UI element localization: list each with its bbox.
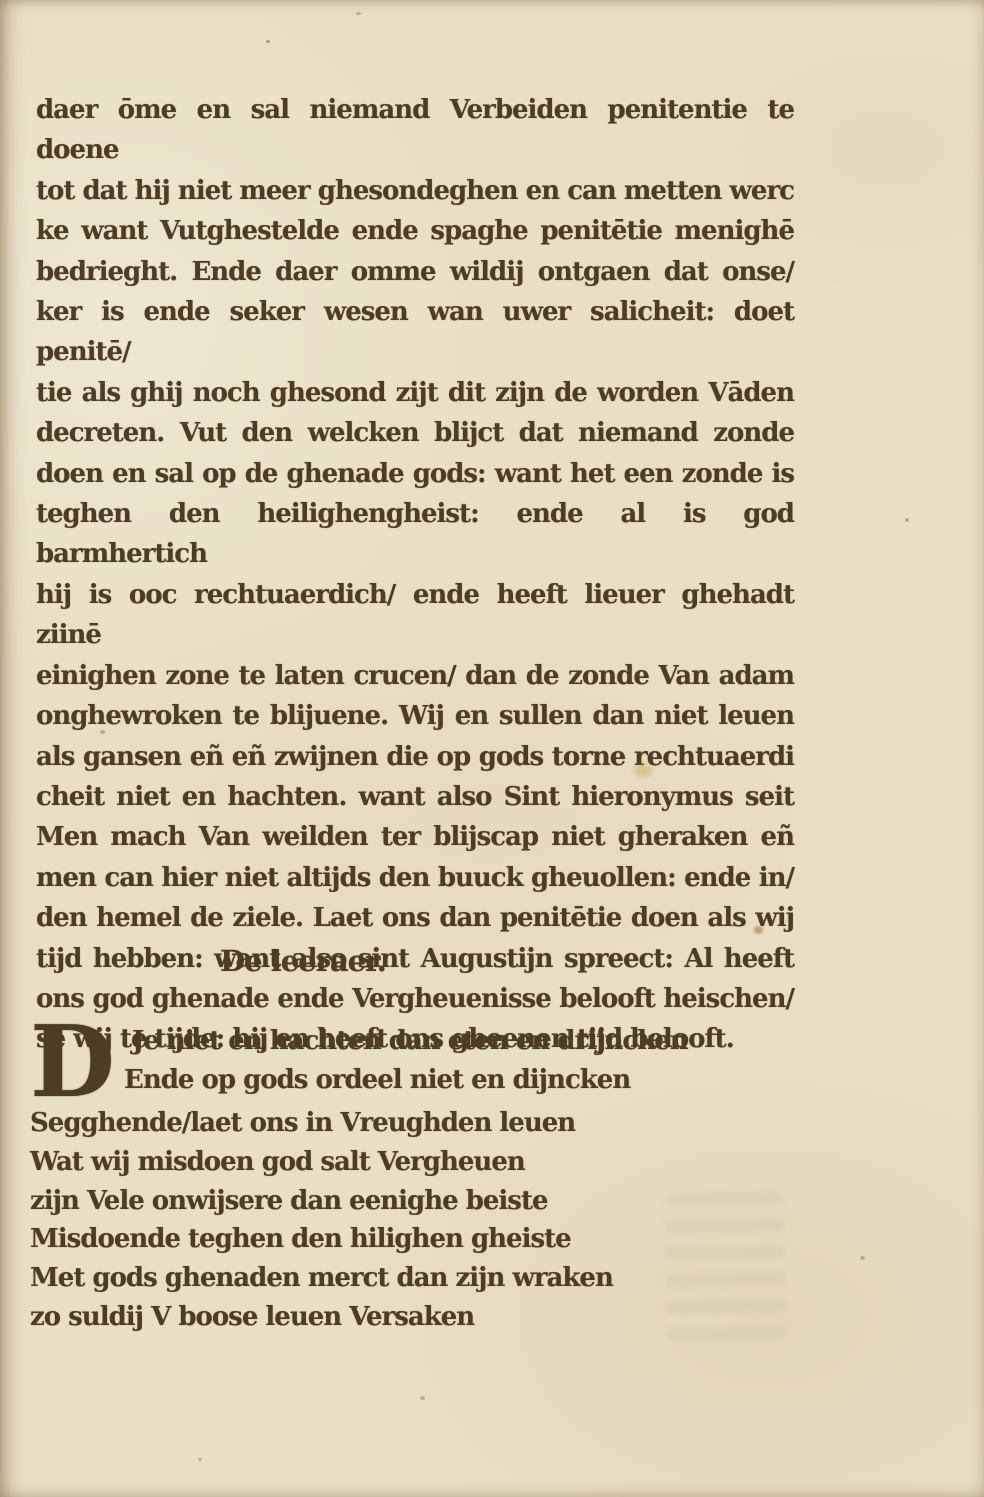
paper-speck [905,518,909,522]
prose-line: daer ōme en sal niemand Verbeiden penite… [36,90,794,171]
prose-line: onghewroken te blijuene. Wij en sullen d… [36,696,794,736]
page: daer ōme en sal niemand Verbeiden penite… [0,0,984,1497]
prose-block: daer ōme en sal niemand Verbeiden penite… [36,90,794,1060]
verse-line: zijn Vele onwijsere dan eenighe beiste [30,1182,750,1221]
paper-speck [356,12,361,15]
verse-line: Met gods ghenaden merct dan zijn wraken [30,1259,750,1298]
verse-line: Wat wij misdoen god salt Vergheuen [30,1143,750,1182]
prose-line: einighen zone te laten crucen/ dan de zo… [36,656,794,696]
paper-speck [420,1396,425,1400]
prose-line: tie als ghij noch ghesond zijt dit zijn … [36,373,794,413]
prose-line: als gansen eñ eñ zwijnen die op gods tor… [36,737,794,777]
verse-block: D Je niet en hachten dan eten en drijnck… [30,1022,750,1337]
prose-line: ons god ghenade ende Vergheuenisse beloo… [36,979,794,1019]
prose-line: hij is ooc rechtuaerdich/ ende heeft lie… [36,575,794,656]
verse-opening: D Je niet en hachten dan eten en drijnck… [30,1022,750,1104]
prose-line: tot dat hij niet meer ghesondeghen en ca… [36,171,794,211]
paper-speck [198,1458,202,1461]
verse-line: zo suldij V boose leuen Versaken [30,1298,750,1337]
prose-line: Men mach Van weilden ter blijscap niet g… [36,817,794,857]
verse-line: Misdoende teghen den hilighen gheiste [30,1220,750,1259]
prose-line: doen en sal op de ghenade gods: want het… [36,454,794,494]
prose-line: ke want Vutghestelde ende spaghe penitēt… [36,211,794,251]
verse-cap-lines: Je niet en hachten dan eten en drijncken… [124,1022,688,1100]
prose-line: men can hier niet altijds den buuck gheu… [36,858,794,898]
drop-cap-initial: D [30,1022,116,1104]
verse-line: Segghende/laet ons in Vreughden leuen [30,1104,750,1143]
prose-line: teghen den heilighengheist: ende al is g… [36,494,794,575]
verse-line: Je niet en hachten dan eten en drijncken [124,1022,688,1061]
prose-line: den hemel de ziele. Laet ons dan penitēt… [36,898,794,938]
prose-line: tijd hebben: want also sint Augustijn sp… [36,939,794,979]
paper-speck [266,40,270,43]
prose-line: ker is ende seker wesen wan uwer saliche… [36,292,794,373]
prose-line: cheit niet en hachten. want also Sint hi… [36,777,794,817]
prose-line: bedrieght. Ende daer omme wildij ontgaen… [36,252,794,292]
paper-speck [860,1256,865,1260]
section-heading: De leeraer. [220,944,386,978]
verse-line: Ende op gods ordeel niet en dijncken [124,1061,688,1100]
prose-line: decreten. Vut den welcken blijct dat nie… [36,413,794,453]
